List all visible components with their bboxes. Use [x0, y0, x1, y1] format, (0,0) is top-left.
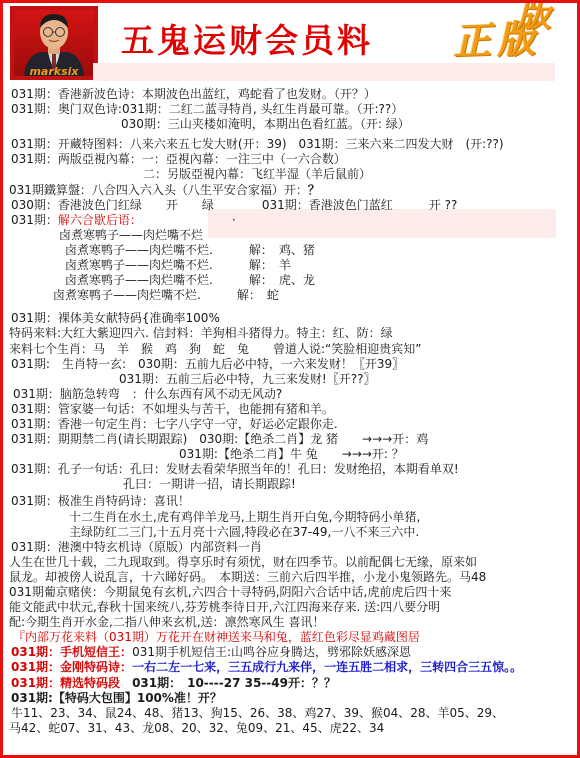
text-segment: 031期：两版亞視內幕：一：亞視內幕：一注三中（一六合数） [11, 152, 346, 166]
text-line: 031期：管家婆一句话：不如埋头与苦干，也能拥有猪和羊。 [9, 402, 574, 417]
text-segment: 031期： 10----27 35--49开： [120, 676, 312, 690]
text-segment: 031期:【特码大包围】100%准！开？ [11, 691, 222, 705]
text-segment: 马42、蛇07、31、43、龙08、20、32、兔09、21、45、虎22、34 [9, 721, 384, 735]
text-segment: 孔曰：一期讲一招，请长期跟踪! [123, 477, 296, 491]
text-segment: 牛11、23、34、鼠24、48、猪13、狗15、26、38、鸡27、39、猴0… [11, 706, 504, 720]
text-segment: 031期：奥门双色诗:031期：二红二蓝寻特肖, 头红生肖最可靠。（开:??） [11, 102, 403, 116]
text-segment: 卤煮寒鸭子——肉烂嘴不烂. 解： 虎、龙 [65, 273, 315, 287]
text-segment: 十二生肖在水土,虎有鸡伴羊龙马,上期生肖开白兔,今期特码小单猪, [69, 510, 420, 524]
text-segment: 031期：期期禁二肖(请长期跟踪) 030期:【绝杀二肖】龙 猪 →→→开：鸡 [11, 432, 428, 446]
text-segment: 鼠龙。却被傍人说乱言，十六睇好码。 本期送：三前六后四半推，小龙小鬼领路先。马4… [9, 570, 486, 584]
text-line: 孔曰：一期讲一招，请长期跟踪! [9, 477, 574, 492]
text-lines: 031期：香港新波色诗：本期波色出蓝红，鸡蛇看了也发财。（开？）031期：奥门双… [9, 87, 574, 736]
text-segment: 卤煮寒鸭子——肉烂嘴不烂. 解： 鸡、猪 [65, 243, 315, 257]
text-segment: 031期：极准生肖特码诗：喜讯！ [11, 494, 190, 508]
text-segment: 来料七个生肖：马 羊 猴 鸡 狗 蛇 兔 曾道人说:“笑脸相迎贵宾知” [9, 342, 421, 356]
text-line: 二：另版亞視內幕：飞红半湿（羊后鼠前） [9, 167, 574, 182]
text-segment: 031期手机短信王:山鸣谷应身腾达，劈邪除妖感深恩 [132, 645, 411, 659]
text-line: 鼠龙。却被傍人说乱言，十六睇好码。 本期送：三前六后四半推，小龙小鬼领路先。马4… [9, 570, 574, 585]
text-segment: 031期：港澳中特玄机诗（原版）内部资料一肖 [11, 540, 262, 554]
text-segment: ？ [308, 183, 320, 197]
tip-sheet-page: marksix 五鬼运财会员料 正版 版 031期：香港新波色诗：本期波色出蓝红… [0, 0, 580, 758]
text-line: 卤煮寒鸭子——肉烂嘴不烂. 解： 羊 [9, 258, 574, 273]
text-line: 031期：金刚特码诗：一右二左一七来，三五成行九来伴，一连五胜二相求，三转四合三… [9, 660, 574, 675]
text-line: 牛11、23、34、鼠24、48、猪13、狗15、26、38、鸡27、39、猴0… [9, 706, 574, 721]
text-line: 特码来料:大红大紫迎四六. 信封料：羊狗相斗猪得力。特主：红、防：绿 [9, 326, 574, 341]
text-line: 031期：香港一句定生肖：七字八字守一守，好运必定跟你走. [9, 417, 574, 432]
text-segment: 030期：三山夹楼如淹明，本期出色看红蓝。（开: 绿） [121, 117, 410, 131]
text-line: 人生在世几十载，二九现取到。得享乐时有须忧，财在四季节。以前配偶七无缘，原来如 [9, 555, 574, 570]
text-line: 031期：孔子一句话：孔曰：发财去看荣华照当年的！孔曰：发财绝招，本期看单双! [9, 462, 574, 477]
photo-caption-text: marksix [29, 65, 79, 78]
text-segment: 031期：五前三后必中特，九三来发财!〖开??〗 [119, 372, 375, 386]
text-line: 030期：三山夹楼如淹明，本期出色看红蓝。（开: 绿） [9, 117, 574, 132]
text-segment: 031期: 生肖特一玄: 030期：五前九后必中特，一六来发财！〖开39〗 [11, 357, 404, 371]
stamp-fragment: 版 [517, 0, 551, 36]
text-segment: 人生在世几十载，二九现取到。得享乐时有须忧，财在四季节。以前配偶七无缘，原来如 [9, 555, 477, 569]
text-line: 031期：港澳中特玄机诗（原版）内部资料一肖 [9, 540, 574, 555]
text-line: 十二生肖在水土,虎有鸡伴羊龙马,上期生肖开白兔,今期特码小单猪, [9, 510, 574, 525]
text-segment: 031期：香港一句定生肖：七字八字守一守，好运必定跟你走. [11, 417, 338, 431]
text-line: 031期:【特码大包围】100%准！开？ [9, 691, 574, 706]
text-segment: 031期：脑筋急转弯 ：什么东西有风不动无风动? [13, 387, 282, 401]
text-segment: 031期：开藏特图料：八来六来五七发大财(开：39) 031期：三来六来二四发大… [11, 137, 504, 151]
text-segment: 二：另版亞視內幕：飞红半湿（羊后鼠前） [143, 167, 371, 181]
text-line: 031期葡京赌侠：今期鼠兔有玄机,六四合十寻特码,阴阳六合话中话,虎前虎后四十来 [9, 585, 574, 600]
text-line: 031期：期期禁二肖(请长期跟踪) 030期:【绝杀二肖】龙 猪 →→→开：鸡 [9, 432, 574, 447]
text-line: 031期：精选特码段 031期： 10----27 35--49开：？？ [9, 676, 574, 691]
text-line: 来料七个生肖：马 羊 猴 鸡 狗 蛇 兔 曾道人说:“笑脸相迎贵宾知” [9, 342, 574, 357]
text-line: 031期: 生肖特一玄: 030期：五前九后必中特，一六来发财！〖开39〗 [9, 357, 574, 372]
text-segment: 031期：手机短信王： [11, 645, 132, 659]
text-line: 031期:【绝杀二肖】牛 兔 →→→开: ？ [9, 447, 574, 462]
text-line: 030期：香港波色门红绿 开 绿 031期：香港波色门蓝红 开 ?? [9, 198, 574, 213]
text-segment: 031期：管家婆一句话：不如埋头与苦干，也能拥有猪和羊。 [11, 402, 334, 416]
header-pink-band [93, 63, 555, 81]
text-segment: 031期:【绝杀二肖】牛 兔 →→→开: ？ [179, 447, 404, 461]
text-segment: 『内部万花来料（031期）万花开在财神送来马和兔，蓝红色彩尽显鸡藏图居 [13, 630, 420, 644]
text-segment: 卤煮寒鸭子——肉烂嘴不烂. 解： 蛇 [53, 288, 279, 302]
text-segment: · [136, 213, 236, 227]
text-line: 马42、蛇07、31、43、龙08、20、32、兔09、21、45、虎22、34 [9, 721, 574, 736]
text-segment: 特码来料:大红大紫迎四六. 信封料：羊狗相斗猪得力。特主：红、防：绿 [9, 326, 393, 340]
text-segment: 031期：金刚特码诗： [11, 660, 132, 674]
text-segment: 031期鐵算盤：八合四入六入头（八生平安合家福）开： [9, 183, 308, 197]
text-line: 『内部万花来料（031期）万花开在财神送来马和兔，蓝红色彩尽显鸡藏图居 [9, 630, 574, 645]
text-line: 配:今期生肖开水金,二指八伸来玄机,送：凛然寒风生 喜讯！ [9, 615, 574, 630]
text-line: 031期：奥门双色诗:031期：二红二蓝寻特肖, 头红生肖最可靠。（开:??） [9, 102, 574, 117]
text-line: 031期：五前三后必中特，九三来发财!〖开??〗 [9, 372, 574, 387]
text-line: 031期：香港新波色诗：本期波色出蓝红，鸡蛇看了也发财。（开？） [9, 87, 574, 102]
text-segment: 一右二左一七来，三五成行九来伴，一连五胜二相求，三转四合三五惊。。 [132, 660, 522, 674]
text-segment: 配:今期生肖开水金,二指八伸来玄机,送：凛然寒风生 喜讯！ [9, 615, 325, 629]
text-line: 卤煮寒鸭子——肉烂嘴不烂 [9, 228, 574, 243]
text-segment: 主绿防红二三门,十五月亮十六圆,特段必在37-49,一八不来三六中. [69, 525, 419, 539]
text-line: 卤煮寒鸭子——肉烂嘴不烂. 解： 蛇 [9, 288, 574, 303]
text-line: 031期：手机短信王：031期手机短信王:山鸣谷应身腾达，劈邪除妖感深恩 [9, 645, 574, 660]
portrait-photo: marksix [10, 6, 98, 84]
page-title: 五鬼运财会员料 [121, 15, 373, 62]
text-segment: 031期：裸体美女献特码{准确率100% [11, 311, 220, 325]
text-line: 卤煮寒鸭子——肉烂嘴不烂. 解： 鸡、猪 [9, 243, 574, 258]
text-line: 031期鐵算盤：八合四入六入头（八生平安合家福）开：？ [9, 183, 574, 198]
text-line: 主绿防红二三门,十五月亮十六圆,特段必在37-49,一八不来三六中. [9, 525, 574, 540]
text-segment: ？？ [312, 676, 336, 690]
text-line: 031期：两版亞視內幕：一：亞視內幕：一注三中（一六合数） [9, 152, 574, 167]
text-segment: 解六合歇后语： [58, 213, 136, 227]
text-line: 031期：脑筋急转弯 ：什么东西有风不动无风动? [9, 387, 574, 402]
text-line: 031期：极准生肖特码诗：喜讯！ [9, 494, 574, 509]
text-segment: 030期：香港波色门红绿 开 绿 031期：香港波色门蓝红 开 ?? [11, 198, 457, 212]
text-segment: 031期：孔子一句话：孔曰：发财去看荣华照当年的！孔曰：发财绝招，本期看单双! [11, 462, 459, 476]
text-segment: 031期： [11, 213, 58, 227]
text-line: 031期：裸体美女献特码{准确率100% [9, 311, 574, 326]
portrait-photo-image: marksix [10, 6, 98, 80]
text-segment: 卤煮寒鸭子——肉烂嘴不烂 [59, 228, 203, 242]
text-segment: 031期葡京赌侠：今期鼠兔有玄机,六四合十寻特码,阴阳六合话中话,虎前虎后四十来 [9, 585, 451, 599]
text-segment: 031期：香港新波色诗：本期波色出蓝红，鸡蛇看了也发财。（开？） [11, 87, 376, 101]
text-line: 卤煮寒鸭子——肉烂嘴不烂. 解： 虎、龙 [9, 273, 574, 288]
text-segment: 031期：精选特码段 [11, 676, 120, 690]
text-segment: 卤煮寒鸭子——肉烂嘴不烂. 解： 羊 [65, 258, 291, 272]
text-line: 031期：开藏特图料：八来六来五七发大财(开：39) 031期：三来六来二四发大… [9, 137, 574, 152]
text-line: 031期：解六合歇后语： · [9, 213, 574, 228]
text-segment: 能文能武中状元,春秋十国来统八,芬芳桃李待日开,六江四海来存来. 送:四八要分明 [9, 600, 440, 614]
text-line: 能文能武中状元,春秋十国来统八,芬芳桃李待日开,六江四海来存来. 送:四八要分明 [9, 600, 574, 615]
